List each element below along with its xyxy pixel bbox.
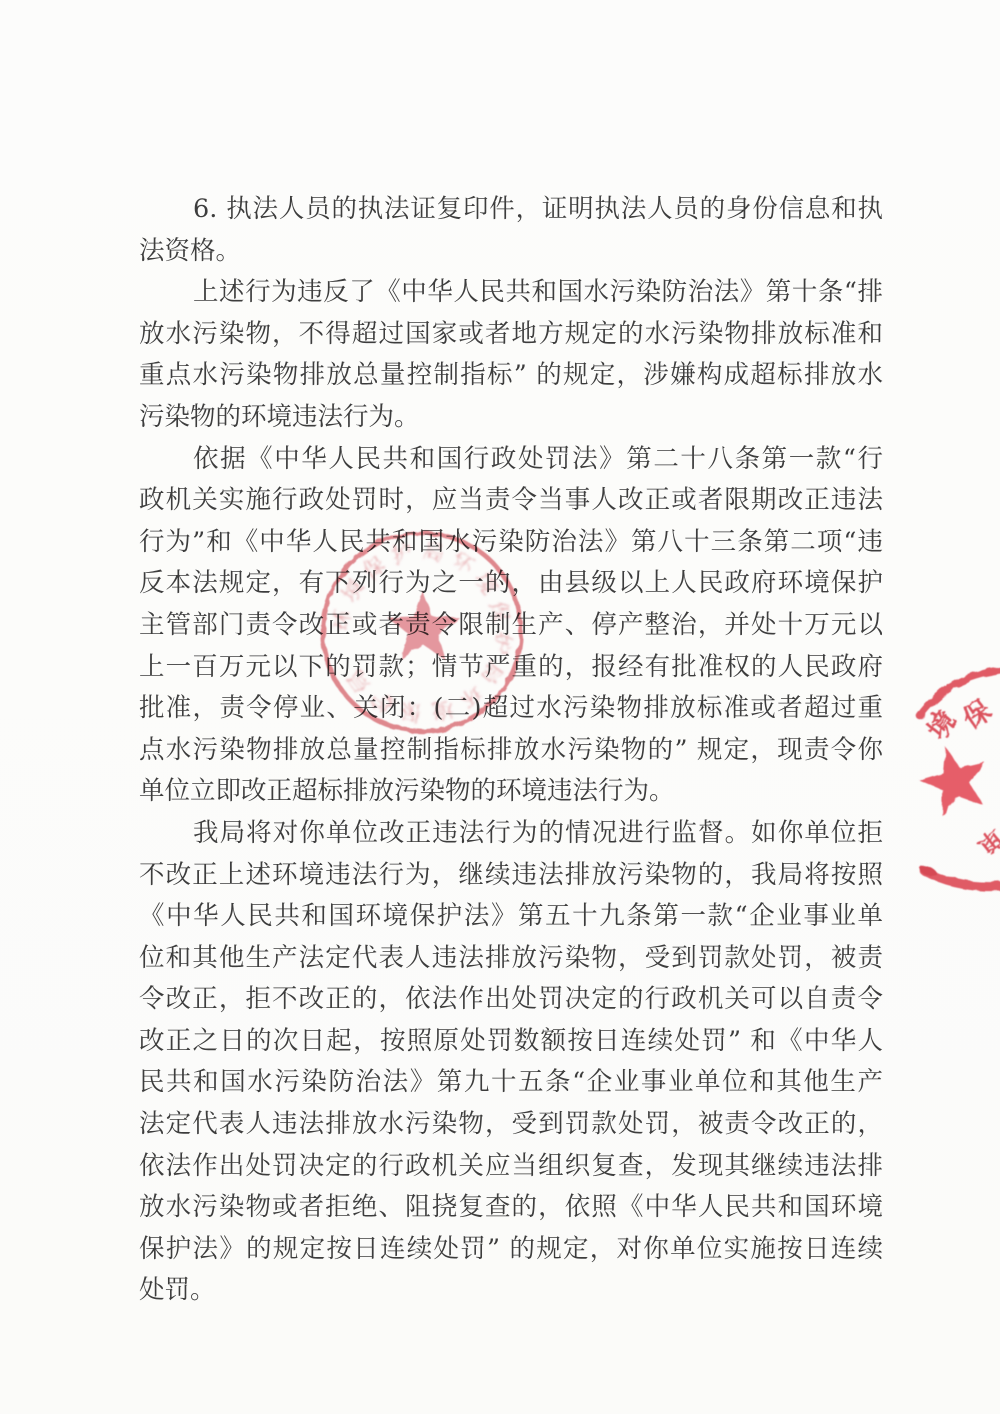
- document-text: 6. 执法人员的执法证复印件，证明执法人员的身份信息和执法资格。上述行为违反了《…: [139, 189, 883, 1312]
- edge-seal-char-a: 境: [921, 705, 963, 746]
- text-line-6: 污染物的环境违法行为。: [139, 397, 883, 439]
- text-line-9: 行为”和《中华人民共和国水污染防治法》第八十三条第二项“违: [139, 522, 883, 564]
- text-line-24: 依法作出处罚决定的行政机关应当组织复查，发现其继续违法排: [139, 1146, 883, 1188]
- text-line-16: 我局将对你单位改正违法行为的情况进行监督。如你单位拒: [139, 813, 883, 855]
- text-line-27: 处罚。: [139, 1270, 883, 1312]
- edge-seal-arc-top: [920, 670, 1000, 716]
- edge-seal-partial-glyph: 单: [971, 822, 1000, 860]
- edge-seal-stamp: 境 保 单: [890, 640, 1000, 930]
- text-line-11: 主管部门责令改正或者责令限制生产、停产整治，并处十万元以: [139, 605, 883, 647]
- text-line-17: 不改正上述环境违法行为，继续违法排放污染物的，我局将按照: [139, 855, 883, 897]
- text-line-2: 法资格。: [139, 231, 883, 273]
- text-line-13: 批准，责令停业、关闭：(二)超过水污染物排放标准或者超过重: [139, 688, 883, 730]
- text-line-19: 位和其他生产法定代表人违法排放污染物，受到罚款处罚，被责: [139, 938, 883, 980]
- document-page: 6. 执法人员的执法证复印件，证明执法人员的身份信息和执法资格。上述行为违反了《…: [0, 0, 1000, 1414]
- text-line-1: 6. 执法人员的执法证复印件，证明执法人员的身份信息和执: [139, 189, 883, 231]
- text-line-7: 依据《中华人民共和国行政处罚法》第二十八条第一款“行: [139, 439, 883, 481]
- text-line-3: 上述行为违反了《中华人民共和国水污染防治法》第十条“排: [139, 272, 883, 314]
- text-line-14: 点水污染物排放总量控制指标排放水污染物的” 规定，现责令你: [139, 730, 883, 772]
- edge-seal-arc-blob: [918, 863, 938, 878]
- edge-seal-arc-bottom: [924, 871, 1000, 886]
- edge-seal-star-icon: [913, 738, 996, 819]
- text-line-12: 上一百万元以下的罚款；情节严重的，报经有批准权的人民政府: [139, 647, 883, 689]
- text-line-5: 重点水污染物排放总量控制指标” 的规定，涉嫌构成超标排放水: [139, 355, 883, 397]
- edge-seal-char-b: 保: [958, 695, 998, 736]
- text-line-10: 反本法规定，有下列行为之一的，由县级以上人民政府环境保护: [139, 563, 883, 605]
- text-line-25: 放水污染物或者拒绝、阻挠复查的，依照《中华人民共和国环境: [139, 1187, 883, 1229]
- text-line-26: 保护法》的规定按日连续处罚” 的规定，对你单位实施按日连续: [139, 1229, 883, 1271]
- text-line-15: 单位立即改正超标排放污染物的环境违法行为。: [139, 771, 883, 813]
- text-line-18: 《中华人民共和国环境保护法》第五十九条第一款“企业事业单: [139, 896, 883, 938]
- text-line-23: 法定代表人违法排放水污染物，受到罚款处罚，被责令改正的，: [139, 1104, 883, 1146]
- text-line-4: 放水污染物，不得超过国家或者地方规定的水污染物排放标准和: [139, 314, 883, 356]
- text-line-22: 民共和国水污染防治法》第九十五条“企业事业单位和其他生产: [139, 1062, 883, 1104]
- text-line-21: 改正之日的次日起，按照原处罚数额按日连续处罚” 和《中华人: [139, 1021, 883, 1063]
- text-line-8: 政机关实施行政处罚时，应当责令当事人改正或者限期改正违法: [139, 480, 883, 522]
- text-line-20: 令改正，拒不改正的，依法作出处罚决定的行政机关可以自责令: [139, 979, 883, 1021]
